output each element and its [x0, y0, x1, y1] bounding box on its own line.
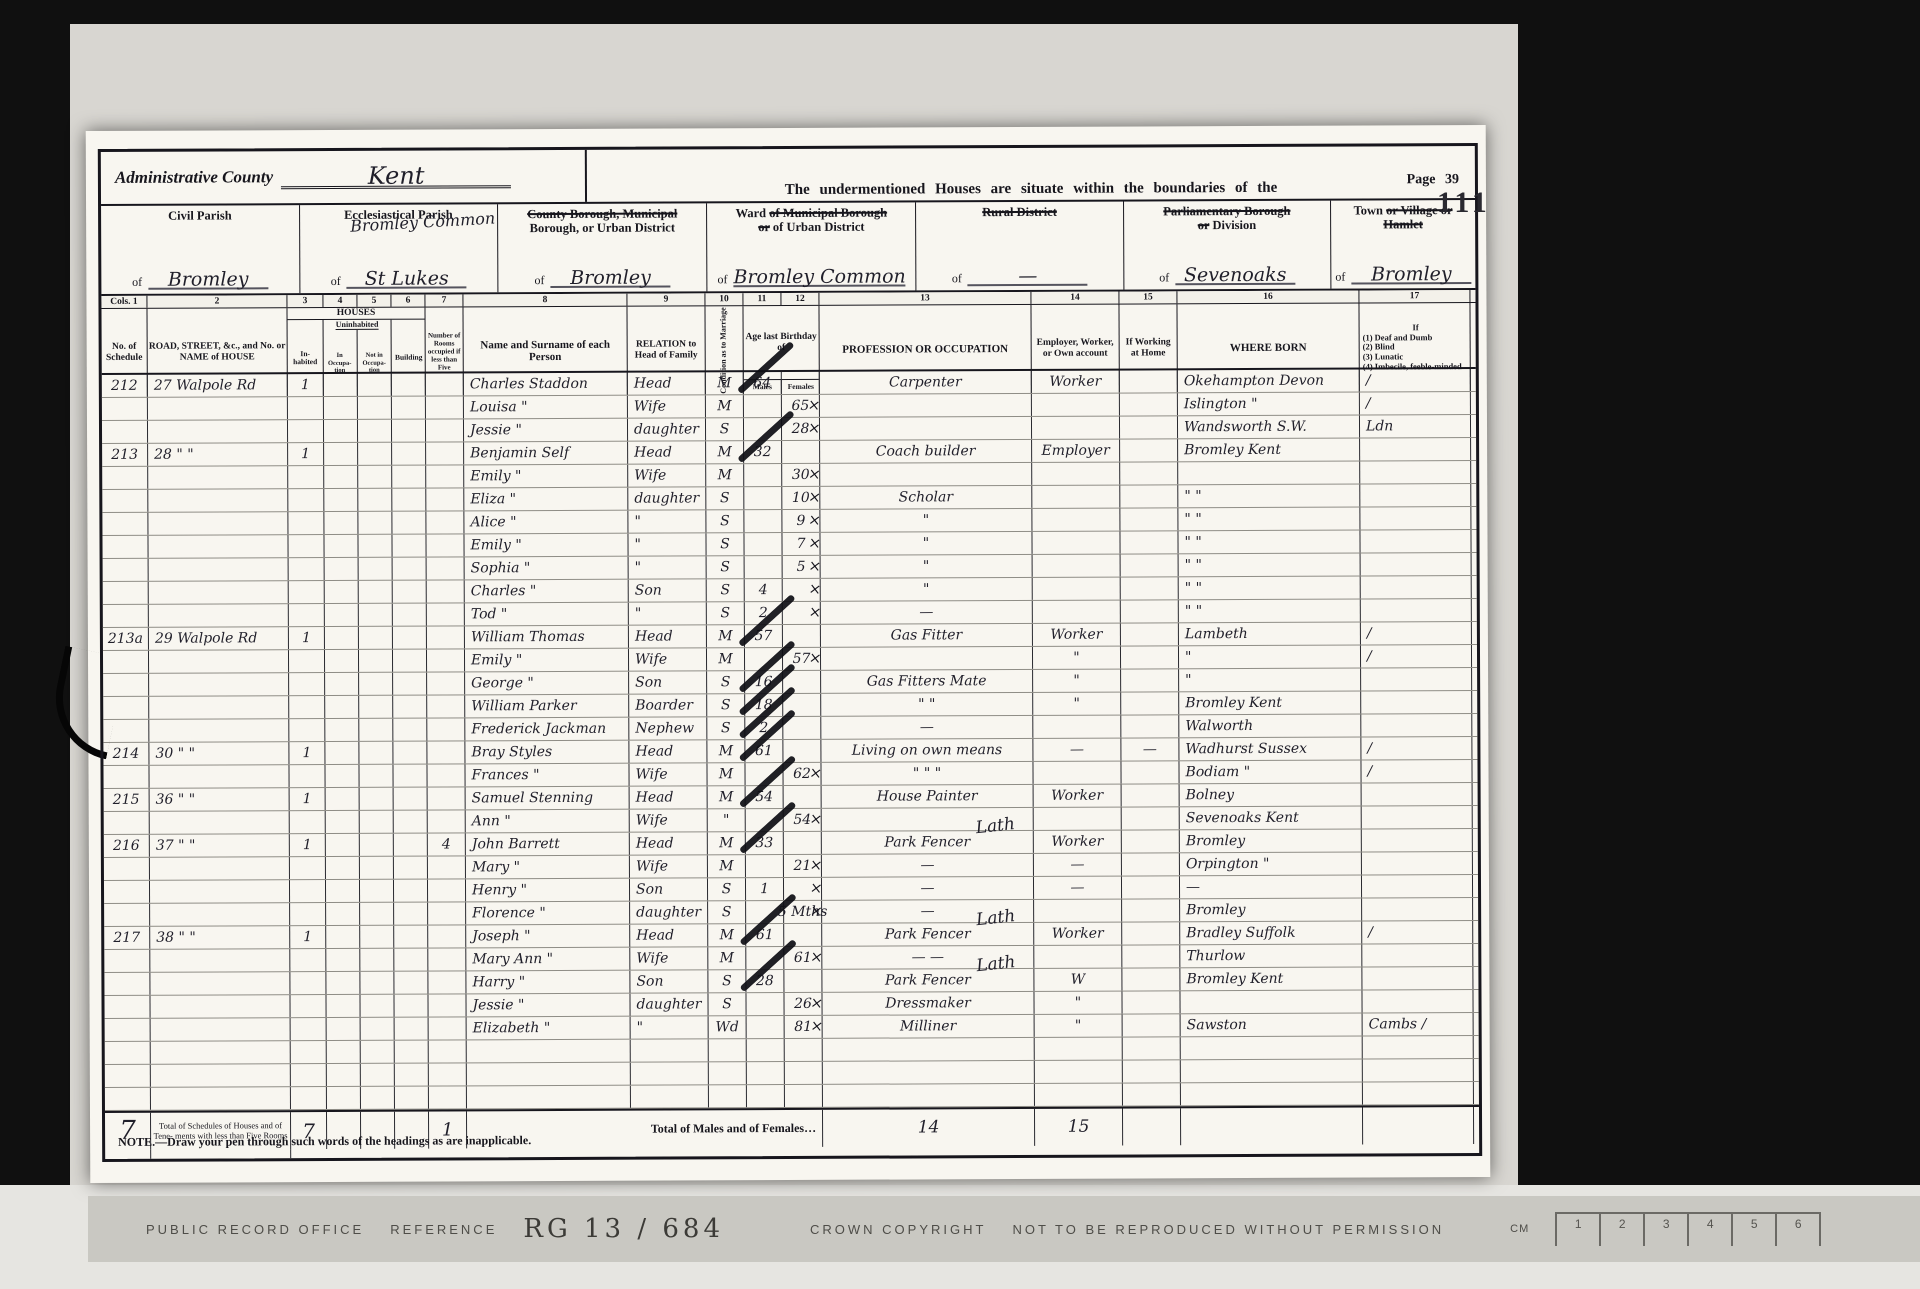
cell-rooms — [429, 1017, 467, 1039]
cell-uninhabited-not — [360, 834, 394, 856]
cell-inhabited — [288, 512, 324, 534]
cell-name: William Parker — [465, 695, 629, 718]
cell-name: Joseph " — [466, 925, 630, 948]
cell-inhabited — [290, 995, 326, 1017]
cell-occupation: Carpenter — [820, 371, 1032, 394]
cell-inhabited — [290, 880, 326, 902]
cell-road — [150, 880, 290, 903]
occupation-superscript: Lath — [975, 908, 1016, 929]
cell-age-male: 33 — [746, 832, 784, 854]
cell-age-female — [783, 740, 821, 762]
cell-rooms — [428, 902, 466, 924]
cell-infirmity — [1362, 875, 1473, 897]
cell-infirmity: / — [1361, 737, 1472, 759]
rural-district-box: Rural District of — — [916, 202, 1124, 291]
cell-at-home — [1122, 899, 1180, 921]
cell-name: Eliza " — [464, 488, 628, 511]
cell-where-born: Bromley — [1180, 898, 1362, 921]
cell-schedule — [102, 536, 148, 558]
cell-inhabited — [290, 811, 326, 833]
cell-at-home — [1122, 945, 1180, 967]
ruler-segment: 1 — [1557, 1212, 1601, 1246]
cell-occupation: Gas Fitter — [821, 624, 1033, 647]
cell-road: 27 Walpole Rd — [148, 374, 288, 397]
cell-relation: Boarder — [629, 694, 707, 716]
cell-condition: S — [707, 579, 745, 601]
cell-at-home — [1121, 761, 1179, 783]
cell-age-female — [784, 878, 822, 900]
cell-schedule — [102, 421, 148, 443]
cell-condition: M — [708, 832, 746, 854]
cell-rooms — [426, 396, 464, 418]
cell-building — [392, 374, 426, 396]
col-number-8: 8 — [463, 294, 627, 307]
cell-name: William Thomas — [465, 626, 629, 649]
cell-schedule — [103, 559, 149, 581]
cell-relation: " — [628, 510, 706, 532]
cell-where-born: Islington " — [1178, 393, 1360, 416]
cell-infirmity — [1362, 944, 1473, 966]
cell-age-male: 4 — [745, 579, 783, 601]
ruler-segment: 4 — [1689, 1212, 1733, 1246]
cell-inhabited — [290, 972, 326, 994]
cell-inhabited — [288, 466, 324, 488]
cell-name: Frances " — [465, 764, 629, 787]
col-number-10: 10 — [705, 293, 743, 305]
cell-at-home: — — [1121, 738, 1179, 760]
cell-name: Samuel Stenning — [466, 787, 630, 810]
cell-uninhabited-not — [359, 742, 393, 764]
cell-road: 28 " " — [148, 443, 288, 466]
census-form: Administrative County Kent The underment… — [98, 143, 1482, 1162]
cell-schedule — [103, 720, 149, 742]
cell-relation: Wife — [629, 648, 707, 670]
col-number-16: 16 — [1177, 291, 1359, 304]
cell-uninhabited-in — [326, 926, 360, 948]
cell-occupation: Living on own means — [821, 739, 1033, 762]
cell-employer: " — [1034, 992, 1122, 1014]
cell-uninhabited-not — [359, 673, 393, 695]
cell-road — [149, 581, 289, 604]
col-number-4: 4 — [323, 295, 357, 307]
cell-occupation: " — [820, 532, 1032, 555]
cell-road: 30 " " — [149, 742, 289, 765]
cell-employer — [1033, 578, 1121, 600]
cell-schedule — [104, 996, 150, 1018]
situate-statement: The undermentioned Houses are situate wi… — [587, 146, 1475, 202]
cell-at-home — [1121, 577, 1179, 599]
cell-inhabited: 1 — [289, 627, 325, 649]
cell-inhabited — [289, 581, 325, 603]
cell-occupation — [820, 463, 1032, 486]
cell-occupation — [820, 394, 1032, 417]
cell-infirmity: / — [1362, 921, 1473, 943]
cell-age-male — [745, 556, 783, 578]
cell-occupation: " — [821, 578, 1033, 601]
cell-where-born: Walworth — [1179, 714, 1361, 737]
cell-uninhabited-not — [360, 903, 394, 925]
cell-inhabited — [288, 535, 324, 557]
cell-relation: Wife — [630, 947, 708, 969]
cell-condition: M — [708, 924, 746, 946]
cell-schedule — [104, 973, 150, 995]
cell-schedule — [102, 490, 148, 512]
cell-employer: " — [1033, 647, 1121, 669]
cell-rooms — [428, 948, 466, 970]
cell-rooms — [428, 879, 466, 901]
cell-where-born — [1180, 990, 1362, 1013]
cell-age-female — [783, 579, 821, 601]
cell-condition: S — [706, 418, 744, 440]
cell-schedule — [103, 766, 149, 788]
cell-where-born: " — [1179, 668, 1361, 691]
table-body: 21227 Walpole Rd1Charles StaddonHeadM64C… — [102, 369, 1479, 1111]
cell-occupation: Gas Fitters Mate — [821, 670, 1033, 693]
cell-age-male — [744, 464, 782, 486]
cell-uninhabited-in — [326, 949, 360, 971]
cell-infirmity — [1361, 668, 1472, 690]
cell-at-home — [1120, 462, 1178, 484]
occupation-superscript: Lath — [975, 954, 1016, 975]
cell-age-female: 62 — [783, 763, 821, 785]
cell-at-home — [1121, 692, 1179, 714]
cell-building — [394, 926, 428, 948]
cell-condition: M — [708, 786, 746, 808]
cell-infirmity: / — [1360, 369, 1471, 391]
census-page: Administrative County Kent The underment… — [86, 125, 1491, 1183]
cell-uninhabited-not — [360, 880, 394, 902]
cell-employer: — — [1034, 854, 1122, 876]
cell-infirmity — [1360, 530, 1471, 552]
cell-uninhabited-in — [324, 443, 358, 465]
totals-row: 7 Total of Schedules of Houses and of Te… — [105, 1105, 1479, 1159]
cell-condition: S — [707, 602, 745, 624]
footer-ruler-unit: CM — [1510, 1223, 1529, 1235]
col-number-9: 9 — [627, 293, 705, 305]
cell-schedule — [105, 1019, 151, 1041]
cell-uninhabited-in — [324, 397, 358, 419]
cell-where-born: Thurlow — [1180, 944, 1362, 967]
cell-condition: S — [706, 533, 744, 555]
ecclesiastical-parish-box: Ecclesiastical Parish Bromley Common of … — [300, 204, 499, 293]
footer-copyright: CROWN COPYRIGHT — [810, 1222, 986, 1237]
cell-road — [148, 397, 288, 420]
cell-age-male: 1 — [746, 878, 784, 900]
cell-condition: S — [706, 510, 744, 532]
cell-age-female — [783, 694, 821, 716]
cell-condition: S — [707, 671, 745, 693]
cell-age-male — [745, 763, 783, 785]
cell-road — [149, 558, 289, 581]
cell-uninhabited-in — [325, 627, 359, 649]
cell-inhabited — [289, 673, 325, 695]
cell-age-female — [784, 832, 822, 854]
cell-uninhabited-not — [359, 627, 393, 649]
cell-at-home — [1122, 968, 1180, 990]
cell-uninhabited-in — [324, 374, 358, 396]
cell-condition: S — [706, 487, 744, 509]
cell-where-born: — — [1180, 875, 1362, 898]
cell-uninhabited-in — [326, 857, 360, 879]
civil-parish-label: Civil Parish — [105, 208, 295, 223]
cell-building — [394, 995, 428, 1017]
cell-inhabited — [288, 489, 324, 511]
cell-uninhabited-not — [360, 811, 394, 833]
cell-uninhabited-in — [324, 489, 358, 511]
cell-relation: " — [631, 1016, 709, 1038]
col-number-5: 5 — [357, 295, 391, 307]
administrative-county-value: Kent — [281, 165, 511, 189]
cell-age-male — [746, 947, 784, 969]
cell-inhabited — [289, 765, 325, 787]
cell-schedule: 215 — [104, 789, 150, 811]
cell-age-female — [782, 372, 820, 394]
cell-infirmity — [1362, 829, 1473, 851]
cell-occupation: " " " — [821, 762, 1033, 785]
cell-rooms — [427, 557, 465, 579]
cell-employer — [1033, 762, 1121, 784]
cell-relation: Head — [630, 832, 708, 854]
cell-road — [148, 512, 288, 535]
cell-at-home — [1122, 876, 1180, 898]
cell-age-male: 64 — [744, 372, 782, 394]
cell-uninhabited-not — [360, 857, 394, 879]
cell-building — [392, 466, 426, 488]
cell-road: 36 " " — [150, 788, 290, 811]
cell-building — [392, 535, 426, 557]
cell-infirmity: / — [1361, 760, 1472, 782]
cell-schedule — [104, 858, 150, 880]
cell-condition: M — [706, 464, 744, 486]
cell-employer: Worker — [1034, 923, 1122, 945]
cell-age-female: 57 — [783, 648, 821, 670]
cell-schedule — [102, 398, 148, 420]
cell-road — [148, 535, 288, 558]
ecclesiastical-parish-value: St Lukes — [347, 270, 467, 289]
cell-schedule — [103, 674, 149, 696]
cell-uninhabited-in — [325, 581, 359, 603]
cell-occupation: — — [822, 877, 1034, 900]
cell-where-born: Sawston — [1181, 1013, 1363, 1036]
cell-name: Mary Ann " — [466, 948, 630, 971]
cell-inhabited: 1 — [288, 374, 324, 396]
cell-where-born: Bradley Suffolk — [1180, 921, 1362, 944]
cell-employer: — — [1034, 877, 1122, 899]
cell-inhabited — [290, 949, 326, 971]
cell-infirmity — [1360, 507, 1471, 529]
col-number-1: Cols. 1 — [101, 296, 147, 308]
cell-relation: Wife — [628, 395, 706, 417]
cell-schedule — [104, 881, 150, 903]
cell-at-home — [1120, 393, 1178, 415]
cell-infirmity — [1362, 783, 1473, 805]
cell-inhabited — [290, 857, 326, 879]
cell-age-female — [784, 924, 822, 946]
cell-age-male — [744, 533, 782, 555]
cell-age-female: 61 — [784, 947, 822, 969]
cell-age-female — [782, 441, 820, 463]
cell-uninhabited-not — [359, 581, 393, 603]
cell-relation: Son — [630, 878, 708, 900]
ruler-segment: 3 — [1645, 1212, 1689, 1246]
cell-age-male — [746, 855, 784, 877]
occupation-superscript: Lath — [975, 816, 1016, 837]
cell-employer: W — [1034, 969, 1122, 991]
cell-where-born: " " — [1178, 508, 1360, 531]
cell-age-male: 54 — [746, 786, 784, 808]
cell-name: Alice " — [464, 511, 628, 534]
cell-uninhabited-not — [359, 719, 393, 741]
cell-rooms — [426, 419, 464, 441]
cell-occupation: Scholar — [820, 486, 1032, 509]
cell-infirmity — [1362, 806, 1473, 828]
cell-employer: " — [1035, 1015, 1123, 1037]
cell-infirmity — [1362, 990, 1473, 1012]
cell-building — [392, 489, 426, 511]
cell-relation: Son — [629, 671, 707, 693]
cell-name: Louisa " — [464, 396, 628, 419]
cell-rooms — [427, 672, 465, 694]
cell-where-born: " — [1179, 645, 1361, 668]
cell-age-female — [783, 671, 821, 693]
cell-occupation: Milliner — [823, 1015, 1035, 1038]
cell-road — [149, 765, 289, 788]
col-number-6: 6 — [391, 295, 425, 307]
cell-inhabited — [289, 696, 325, 718]
cell-at-home — [1121, 554, 1179, 576]
cell-where-born: Bromley Kent — [1179, 691, 1361, 714]
cell-rooms — [426, 488, 464, 510]
cell-relation: Son — [630, 970, 708, 992]
cell-relation: daughter — [630, 993, 708, 1015]
cell-employer — [1032, 532, 1120, 554]
cell-uninhabited-not — [359, 604, 393, 626]
cell-inhabited — [291, 1018, 327, 1040]
col-number-14: 14 — [1031, 292, 1119, 304]
cell-rooms — [426, 373, 464, 395]
cell-building — [393, 742, 427, 764]
cell-at-home — [1122, 991, 1180, 1013]
cell-infirmity — [1361, 714, 1472, 736]
cell-infirmity: Cambs / — [1363, 1013, 1474, 1035]
cell-rooms — [427, 695, 465, 717]
cell-age-male — [745, 648, 783, 670]
cell-infirmity — [1362, 967, 1473, 989]
cell-rooms — [428, 810, 466, 832]
cell-schedule: 212 — [102, 375, 148, 397]
parliamentary-box: Parliamentary Borough or Division of Sev… — [1124, 201, 1332, 290]
cell-uninhabited-in — [324, 535, 358, 557]
cell-at-home — [1120, 485, 1178, 507]
cell-infirmity — [1362, 852, 1473, 874]
cell-name: Harry " — [466, 971, 630, 994]
cell-age-male: 61 — [745, 740, 783, 762]
col-number-2: 2 — [147, 295, 287, 308]
cell-condition: S — [707, 556, 745, 578]
cell-infirmity — [1361, 553, 1472, 575]
county-borough-box: County Borough, Municipal Borough, or Ur… — [498, 203, 707, 292]
cell-occupation: House Painter — [822, 785, 1034, 808]
cell-employer — [1032, 486, 1120, 508]
cell-uninhabited-in — [325, 696, 359, 718]
cell-rooms — [427, 580, 465, 602]
cell-occupation: Dressmaker — [822, 992, 1034, 1015]
cell-inhabited: 1 — [290, 834, 326, 856]
col-number-13: 13 — [819, 292, 1031, 305]
cell-condition: S — [707, 717, 745, 739]
footer-office: PUBLIC RECORD OFFICE — [146, 1222, 364, 1237]
cell-condition: M — [706, 441, 744, 463]
cell-where-born: " " — [1179, 554, 1361, 577]
cell-name: Emily " — [464, 534, 628, 557]
cell-rooms — [427, 626, 465, 648]
cell-uninhabited-not — [360, 972, 394, 994]
cell-age-male: 28 — [746, 970, 784, 992]
cell-schedule — [102, 467, 148, 489]
cell-occupation: — — [822, 854, 1034, 877]
cell-rooms — [428, 856, 466, 878]
cell-at-home — [1122, 830, 1180, 852]
county-borough-value: Bromley — [550, 270, 670, 289]
cell-name: Henry " — [466, 879, 630, 902]
cell-schedule: 216 — [104, 835, 150, 857]
cell-road: 37 " " — [150, 834, 290, 857]
cell-where-born — [1178, 462, 1360, 485]
cell-uninhabited-in — [326, 995, 360, 1017]
cell-age-female: 28 — [782, 418, 820, 440]
cell-employer: — — [1033, 739, 1121, 761]
cell-relation: Son — [629, 579, 707, 601]
cell-age-male: 57 — [745, 625, 783, 647]
cell-uninhabited-not — [359, 696, 393, 718]
folio-stamp: 111 — [1437, 186, 1491, 220]
cell-building — [393, 558, 427, 580]
cell-building — [392, 443, 426, 465]
cell-at-home — [1121, 623, 1179, 645]
footer-reference-number: RG 13 / 684 — [523, 1214, 724, 1244]
cell-condition: S — [707, 694, 745, 716]
cell-where-born: Wandsworth S.W. — [1178, 416, 1360, 439]
cell-age-male — [746, 809, 784, 831]
cell-rooms — [427, 718, 465, 740]
cell-name: Bray Styles — [465, 741, 629, 764]
cell-name: Jessie " — [464, 419, 628, 442]
cell-age-female: 21 — [784, 855, 822, 877]
cell-age-male — [744, 510, 782, 532]
cell-name: Tod " — [465, 603, 629, 626]
cell-uninhabited-in — [326, 811, 360, 833]
cell-relation: Wife — [630, 855, 708, 877]
cell-schedule: 213a — [103, 628, 149, 650]
cell-condition: S — [708, 901, 746, 923]
cell-age-female: 9 — [782, 510, 820, 532]
cell-condition: M — [708, 855, 746, 877]
cell-inhabited — [288, 420, 324, 442]
cell-uninhabited-in — [324, 420, 358, 442]
administrative-county-box: Administrative County Kent — [101, 150, 587, 204]
cell-employer: " — [1033, 693, 1121, 715]
cell-uninhabited-not — [358, 397, 392, 419]
cell-uninhabited-not — [360, 788, 394, 810]
cell-relation: Nephew — [629, 717, 707, 739]
cell-uninhabited-in — [325, 558, 359, 580]
cell-road — [150, 811, 290, 834]
cell-occupation — [821, 647, 1033, 670]
cell-building — [393, 765, 427, 787]
cell-uninhabited-not — [360, 926, 394, 948]
cell-infirmity — [1360, 438, 1471, 460]
cell-at-home — [1122, 784, 1180, 806]
